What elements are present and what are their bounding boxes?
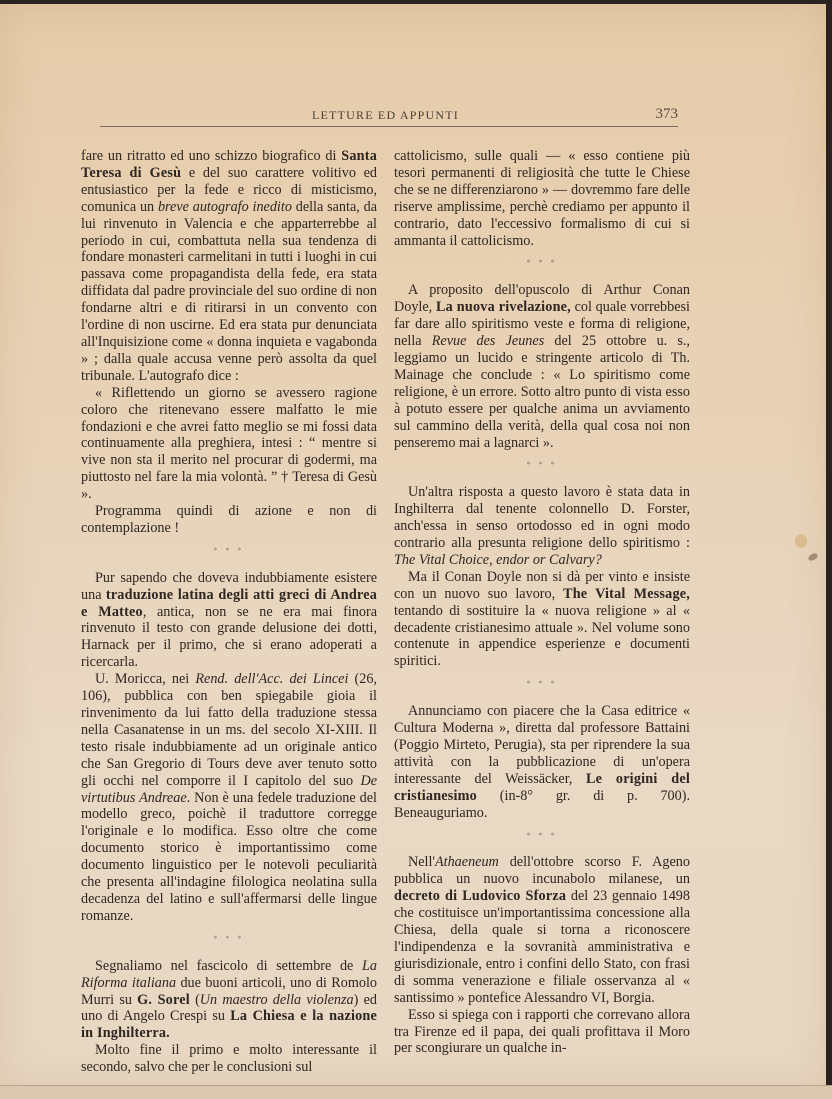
italic-title: Rend. dell'Acc. dei Lincei: [195, 671, 348, 687]
book-page: LETTURE ED APPUNTI 373 fare un ritratto …: [0, 4, 826, 1089]
left-column: fare un ritratto ed uno schizzo biografi…: [81, 148, 377, 1076]
paragraph-molto-fine: Molto fine il primo e molto interessante…: [81, 1042, 377, 1076]
italic-title: The Vital Choice, endor or Calvary?: [394, 552, 602, 568]
paragraph-cattolicismo: cattolicismo, sulle quali — « esso conti…: [394, 148, 690, 249]
section-separator: * * *: [394, 676, 690, 693]
page-header: LETTURE ED APPUNTI 373: [100, 108, 678, 127]
paragraph-traduzione: Pur sapendo che doveva indubbiamente esi…: [81, 570, 377, 671]
page-number: 373: [656, 106, 679, 123]
paragraph-esso: Esso si spiega con i rapporti che correv…: [394, 1007, 690, 1058]
paragraph-programma: Programma quindi di azione e non di cont…: [81, 503, 377, 537]
italic-title: Un maestro della violenza: [200, 992, 354, 1008]
italic-title: Revue des Jeunes: [432, 333, 544, 349]
text: del 25 ottobre u. s., leggiamo un lucido…: [394, 333, 690, 450]
bold-title: decreto di Ludovico Sforza: [394, 888, 566, 904]
bold-title: La nuova rivelazione,: [436, 299, 571, 315]
paragraph-moricca: U. Moricca, nei Rend. dell'Acc. dei Linc…: [81, 671, 377, 925]
running-head: LETTURE ED APPUNTI: [312, 108, 459, 123]
section-separator: * * *: [394, 457, 690, 474]
paper-mark: [807, 552, 819, 562]
italic-title: Athaeneum: [435, 854, 499, 870]
text: Nell': [408, 854, 435, 870]
text: del 23 gennaio 1498 che costituisce un'i…: [394, 888, 690, 1005]
text: della santa, da lui rinvenuto in Valenci…: [81, 199, 377, 384]
paragraph-quote: « Riflettendo un giorno se avessero ragi…: [81, 385, 377, 503]
paper-stain: [795, 534, 807, 548]
section-separator: * * *: [81, 543, 377, 560]
paragraph-vital-message: Ma il Conan Doyle non si dà per vinto e …: [394, 569, 690, 670]
section-separator: * * *: [394, 255, 690, 272]
text: U. Moricca, nei: [95, 671, 195, 687]
next-page-edge: [0, 1085, 832, 1099]
paragraph-cultura-moderna: Annunciamo con piacere che la Casa editr…: [394, 703, 690, 821]
right-column: cattolicismo, sulle quali — « esso conti…: [394, 148, 690, 1057]
italic-title: breve autografo inedito: [158, 199, 292, 215]
section-separator: * * *: [394, 828, 690, 845]
bold-title: The Vital Message,: [563, 586, 690, 602]
text: (26, 106), pubblica con ben spiegabile g…: [81, 671, 377, 788]
text: tentando di sostituire la « nuova religi…: [394, 603, 690, 670]
section-separator: * * *: [81, 931, 377, 948]
text: Un'altra risposta a questo lavoro è stat…: [394, 484, 690, 551]
paragraph-forster: Un'altra risposta a questo lavoro è stat…: [394, 484, 690, 569]
text: Segnaliamo nel fascicolo di settembre de: [95, 958, 362, 974]
bold-title: G. Sorel: [137, 992, 190, 1008]
paragraph-conan-doyle: A proposito dell'opuscolo di Arthur Cona…: [394, 282, 690, 451]
text: . Non è una fedele traduzione del modell…: [81, 790, 377, 924]
paragraph-riforma: Segnaliamo nel fascicolo di settembre de…: [81, 958, 377, 1043]
text: fare un ritratto ed uno schizzo biografi…: [81, 148, 341, 164]
paragraph-athaeneum: Nell'Athaeneum dell'ottobre scorso F. Ag…: [394, 854, 690, 1006]
paragraph-teresa: fare un ritratto ed uno schizzo biografi…: [81, 148, 377, 385]
text: (: [190, 992, 200, 1008]
